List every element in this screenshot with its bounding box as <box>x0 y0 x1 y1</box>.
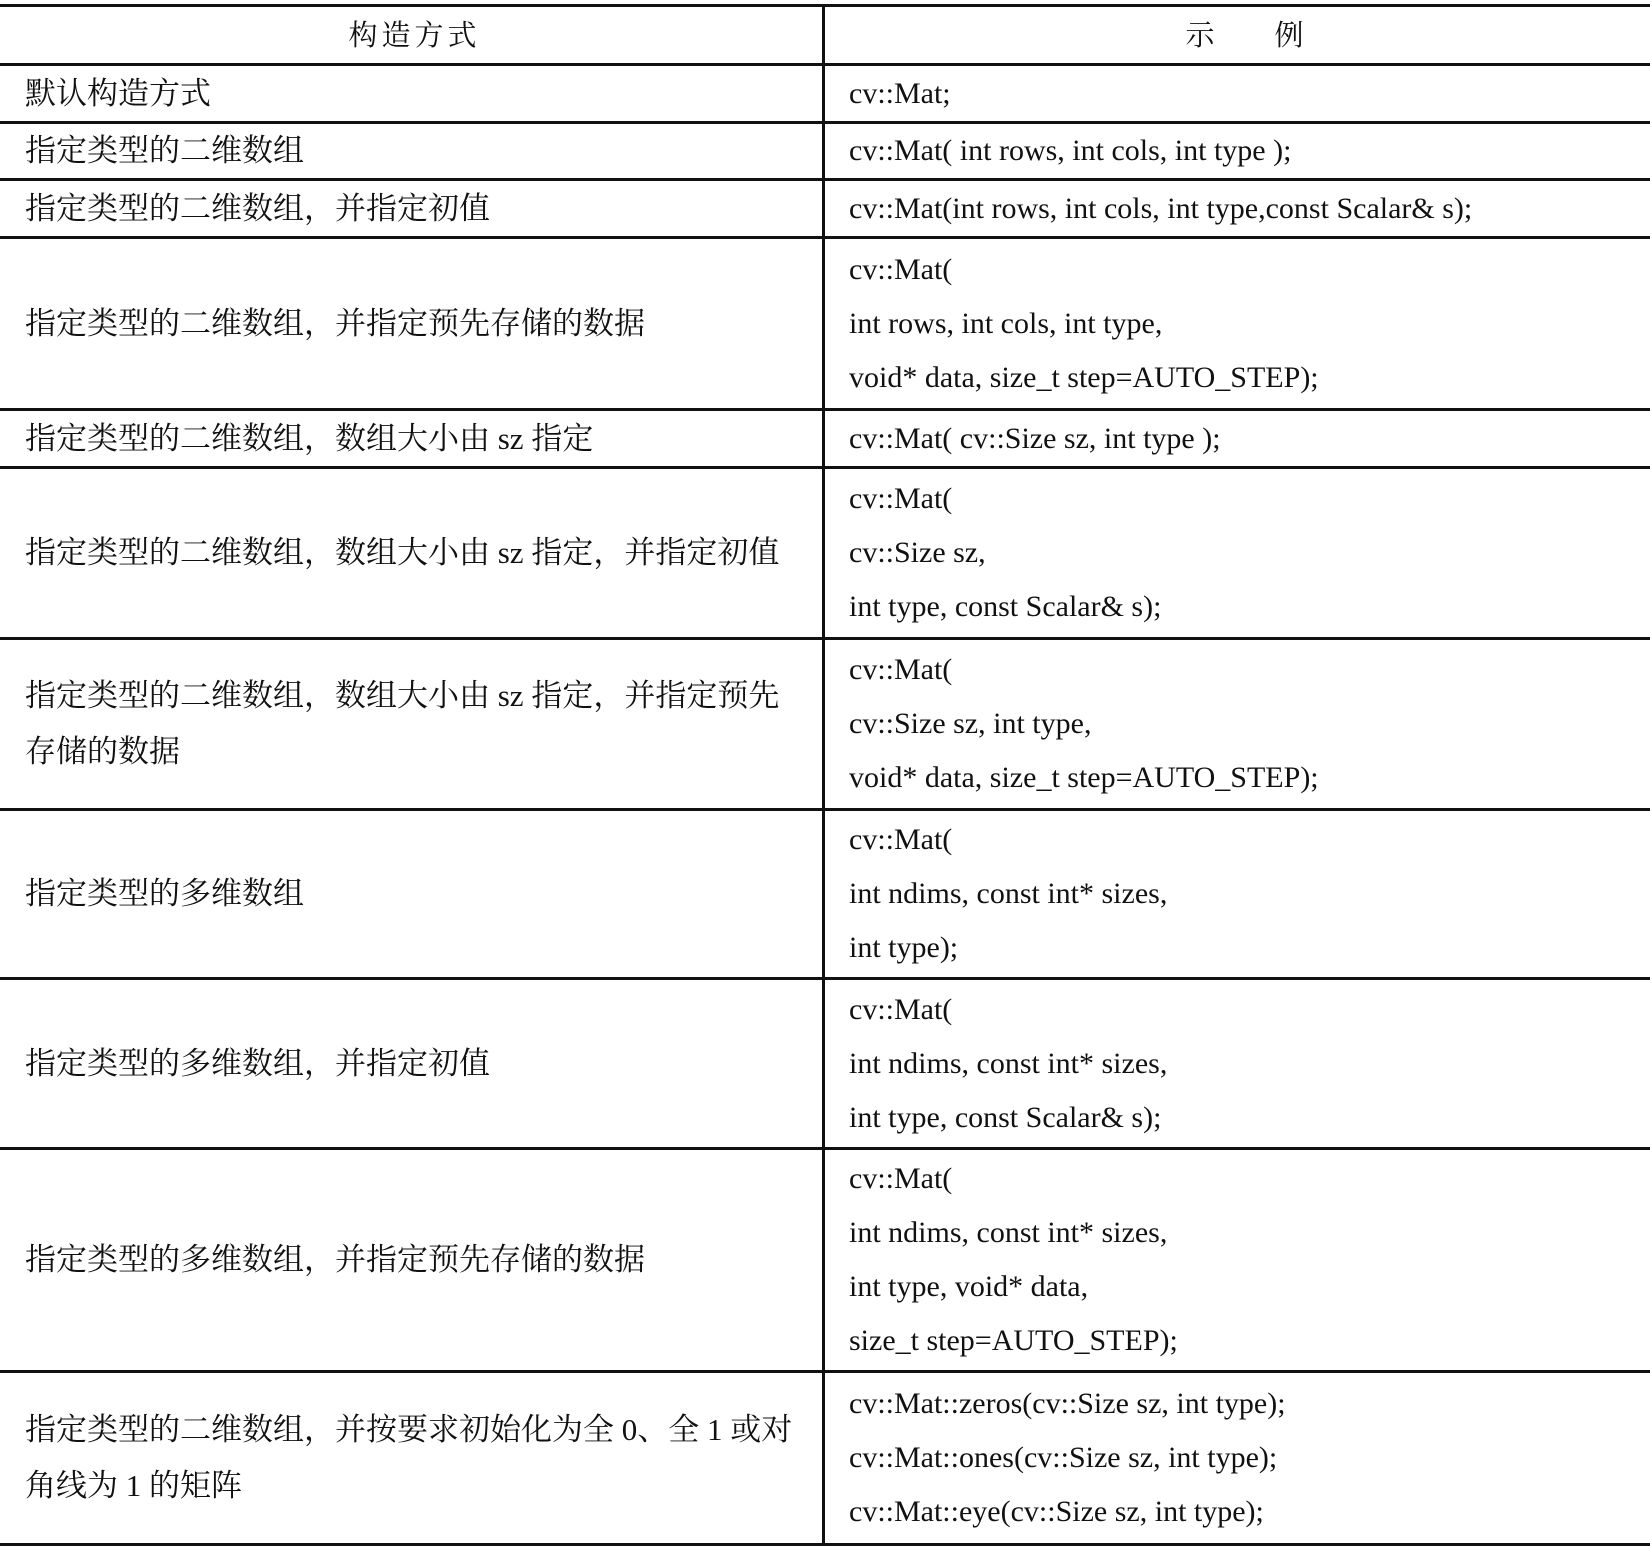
example-code-line: cv::Mat( <box>849 643 1640 697</box>
example-code-line: void* data, size_t step=AUTO_STEP); <box>849 751 1640 805</box>
example-code-line: cv::Mat( cv::Size sz, int type ); <box>849 412 1640 466</box>
table-row: 指定类型的二维数组，并指定预先存储的数据 cv::Mat( int rows, … <box>0 239 1650 411</box>
example-code-line: int type, const Scalar& s); <box>849 580 1640 634</box>
table-row: 指定类型的二维数组，数组大小由 sz 指定，并指定初值 cv::Mat( cv:… <box>0 469 1650 640</box>
example-code-line: cv::Mat( int rows, int cols, int type ); <box>849 124 1640 178</box>
example-cell: cv::Mat( int ndims, const int* sizes, in… <box>825 980 1650 1147</box>
example-cell: cv::Mat::zeros(cv::Size sz, int type); c… <box>825 1373 1650 1543</box>
example-code-line: int ndims, const int* sizes, <box>849 1206 1640 1260</box>
example-cell: cv::Mat( int rows, int cols, int type, v… <box>825 239 1650 408</box>
header-example-label: 示例 <box>1185 8 1363 62</box>
example-cell: cv::Mat( cv::Size sz, int type ); <box>825 411 1650 466</box>
method-cell: 指定类型的多维数组 <box>0 811 825 977</box>
header-method-label: 构造方式 <box>348 7 480 63</box>
method-cell: 指定类型的二维数组，数组大小由 sz 指定，并指定初值 <box>0 469 825 637</box>
header-method: 构造方式 <box>0 7 825 63</box>
example-code-line: cv::Mat(int rows, int cols, int type,con… <box>849 182 1640 236</box>
example-cell: cv::Mat( int ndims, const int* sizes, in… <box>825 811 1650 977</box>
example-cell: cv::Mat( int rows, int cols, int type ); <box>825 124 1650 178</box>
example-code-line: void* data, size_t step=AUTO_STEP); <box>849 351 1640 405</box>
example-code-line: cv::Mat( <box>849 243 1640 297</box>
method-text: 指定类型的多维数组 <box>25 866 804 922</box>
table-row: 指定类型的二维数组，数组大小由 sz 指定，并指定预先存储的数据 cv::Mat… <box>0 640 1650 811</box>
example-cell: cv::Mat( cv::Size sz, int type, const Sc… <box>825 469 1650 637</box>
example-code-line: cv::Mat( <box>849 472 1640 526</box>
method-text: 指定类型的二维数组，并指定预先存储的数据 <box>25 296 804 352</box>
example-code-line: cv::Mat; <box>849 67 1640 121</box>
example-code-line: cv::Mat::eye(cv::Size sz, int type); <box>849 1485 1640 1539</box>
example-cell: cv::Mat( int ndims, const int* sizes, in… <box>825 1150 1650 1370</box>
example-code-line: int ndims, const int* sizes, <box>849 867 1640 921</box>
method-cell: 指定类型的多维数组，并指定初值 <box>0 980 825 1147</box>
method-cell: 指定类型的二维数组，数组大小由 sz 指定，并指定预先存储的数据 <box>0 640 825 808</box>
example-code-line: cv::Mat::zeros(cv::Size sz, int type); <box>849 1377 1640 1431</box>
example-code-line: cv::Size sz, <box>849 526 1640 580</box>
method-text: 指定类型的二维数组，数组大小由 sz 指定 <box>25 411 804 467</box>
example-code-line: cv::Mat::ones(cv::Size sz, int type); <box>849 1431 1640 1485</box>
example-code-line: int type); <box>849 921 1640 975</box>
constructor-table: 构造方式 示例 默认构造方式 cv::Mat; 指定类型的二维数组 cv::Ma… <box>0 4 1650 1546</box>
method-cell: 指定类型的多维数组，并指定预先存储的数据 <box>0 1150 825 1370</box>
example-code-line: int type, const Scalar& s); <box>849 1091 1640 1145</box>
method-text: 指定类型的多维数组，并指定初值 <box>25 1036 804 1092</box>
method-cell: 指定类型的二维数组，并指定初值 <box>0 181 825 236</box>
table-row: 指定类型的二维数组 cv::Mat( int rows, int cols, i… <box>0 124 1650 181</box>
method-cell: 指定类型的二维数组，并按要求初始化为全 0、全 1 或对角线为 1 的矩阵 <box>0 1373 825 1543</box>
example-cell: cv::Mat(int rows, int cols, int type,con… <box>825 181 1650 236</box>
example-code-line: cv::Mat( <box>849 1152 1640 1206</box>
method-text: 指定类型的二维数组，并指定初值 <box>25 181 804 237</box>
table-row: 指定类型的二维数组，并按要求初始化为全 0、全 1 或对角线为 1 的矩阵 cv… <box>0 1373 1650 1543</box>
example-code-line: int type, void* data, <box>849 1260 1640 1314</box>
example-code-line: cv::Mat( <box>849 813 1640 867</box>
method-text: 指定类型的二维数组，数组大小由 sz 指定，并指定预先存储的数据 <box>25 668 804 780</box>
method-text: 指定类型的多维数组，并指定预先存储的数据 <box>25 1232 804 1288</box>
example-code-line: cv::Mat( <box>849 983 1640 1037</box>
table-row: 指定类型的二维数组，并指定初值 cv::Mat(int rows, int co… <box>0 181 1650 239</box>
example-code-line: int ndims, const int* sizes, <box>849 1037 1640 1091</box>
example-code-line: cv::Size sz, int type, <box>849 697 1640 751</box>
method-text: 默认构造方式 <box>25 66 804 122</box>
header-example: 示例 <box>825 7 1650 63</box>
table-row: 指定类型的多维数组 cv::Mat( int ndims, const int*… <box>0 811 1650 980</box>
table-row: 指定类型的多维数组，并指定初值 cv::Mat( int ndims, cons… <box>0 980 1650 1150</box>
table-row: 默认构造方式 cv::Mat; <box>0 66 1650 124</box>
table-row: 指定类型的多维数组，并指定预先存储的数据 cv::Mat( int ndims,… <box>0 1150 1650 1373</box>
example-cell: cv::Mat; <box>825 66 1650 121</box>
example-code-line: size_t step=AUTO_STEP); <box>849 1314 1640 1368</box>
example-code-line: int rows, int cols, int type, <box>849 297 1640 351</box>
example-cell: cv::Mat( cv::Size sz, int type, void* da… <box>825 640 1650 808</box>
method-cell: 默认构造方式 <box>0 66 825 121</box>
method-text: 指定类型的二维数组，并按要求初始化为全 0、全 1 或对角线为 1 的矩阵 <box>25 1402 804 1514</box>
table-header-row: 构造方式 示例 <box>0 7 1650 66</box>
method-text: 指定类型的二维数组，数组大小由 sz 指定，并指定初值 <box>25 525 804 581</box>
method-cell: 指定类型的二维数组 <box>0 124 825 178</box>
method-text: 指定类型的二维数组 <box>25 123 804 179</box>
method-cell: 指定类型的二维数组，数组大小由 sz 指定 <box>0 411 825 466</box>
method-cell: 指定类型的二维数组，并指定预先存储的数据 <box>0 239 825 408</box>
table-row: 指定类型的二维数组，数组大小由 sz 指定 cv::Mat( cv::Size … <box>0 411 1650 469</box>
